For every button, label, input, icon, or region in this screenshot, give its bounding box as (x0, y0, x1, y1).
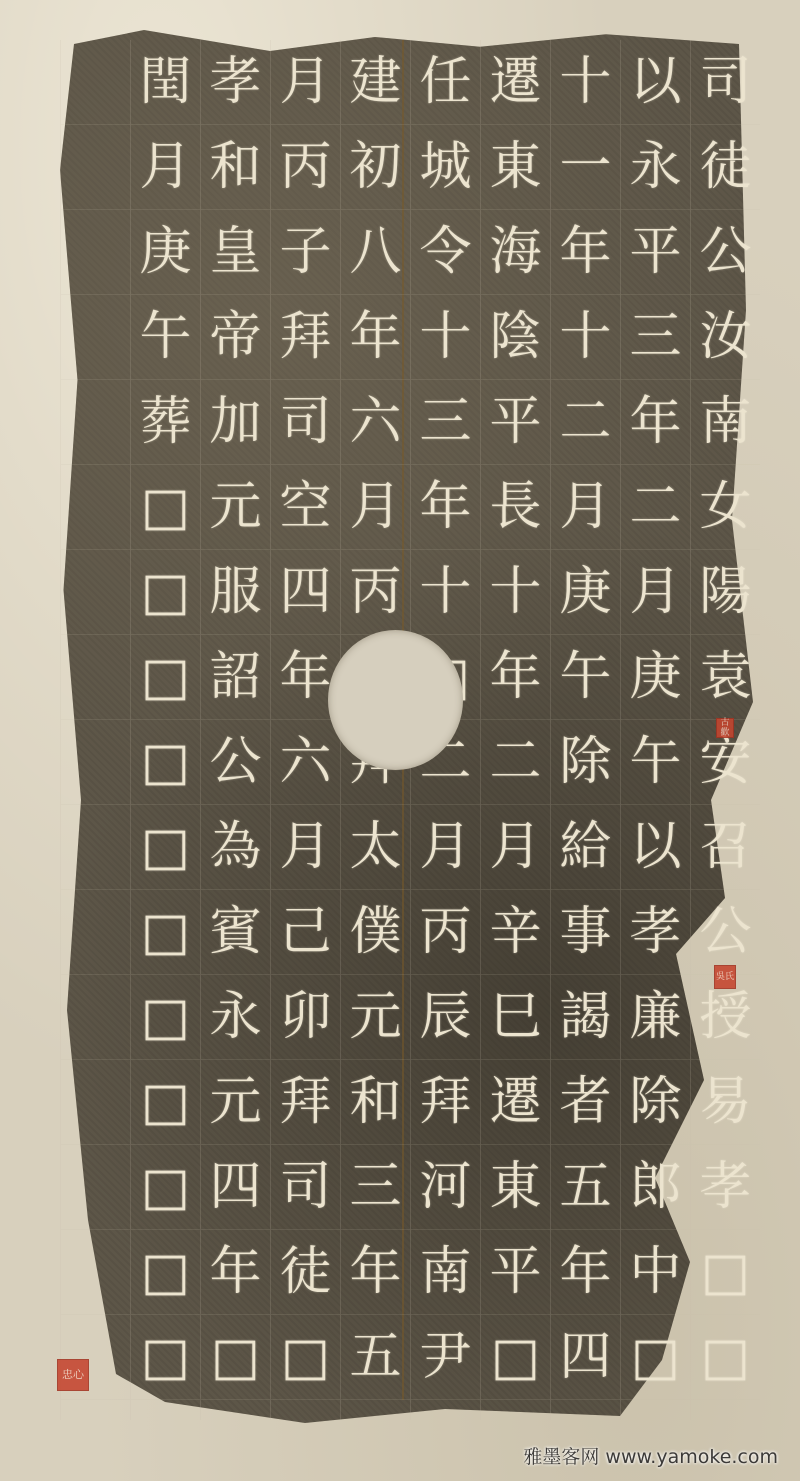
inscription-character: 公 (691, 210, 760, 295)
inscription-character (61, 550, 130, 635)
inscription-character: 任 (411, 40, 480, 125)
inscription-character: 賓 (201, 890, 270, 975)
inscription-character: 午 (621, 720, 690, 805)
inscription-character: 年 (411, 465, 480, 550)
inscription-character: 二 (551, 380, 620, 465)
inscription-character: 庚 (621, 635, 690, 720)
inscription-character (61, 975, 130, 1060)
paper-hole (328, 630, 463, 770)
inscription-character: 袁 (691, 635, 760, 720)
inscription-character: 者 (551, 1060, 620, 1145)
inscription-character: 年 (341, 295, 410, 380)
inscription-character: 東 (481, 125, 550, 210)
inscription-column: 遷東海陰平長十年二月辛巳遷東平□ (480, 40, 550, 1420)
inscription-character: 皇 (201, 210, 270, 295)
inscription-character: 十 (411, 295, 480, 380)
inscription-character: 辰 (411, 975, 480, 1060)
inscription-character: 司 (271, 1145, 340, 1230)
inscription-character: 女 (691, 465, 760, 550)
inscription-character (61, 1230, 130, 1315)
inscription-character: 拜 (271, 1060, 340, 1145)
inscription-column: 以永平三年二月庚午以孝廉除郎中□ (620, 40, 690, 1420)
inscription-character: 月 (481, 805, 550, 890)
inscription-character: □ (131, 975, 200, 1060)
inscription-character: 和 (201, 125, 270, 210)
inscription-character: 平 (481, 1230, 550, 1315)
inscription-character: 太 (341, 805, 410, 890)
inscription-character: 丙 (341, 550, 410, 635)
inscription-character: 月 (131, 125, 200, 210)
inscription-character: 司 (271, 380, 340, 465)
inscription-character: 陰 (481, 295, 550, 380)
inscription-character: 卯 (271, 975, 340, 1060)
inscription-character: 丙 (271, 125, 340, 210)
inscription-character (61, 635, 130, 720)
inscription-character: 徒 (271, 1230, 340, 1315)
inscription-character: 司 (691, 40, 760, 125)
inscription-character: □ (271, 1315, 340, 1400)
inscription-character: 元 (201, 465, 270, 550)
site-watermark: 雅墨客网 www.yamoke.com (523, 1442, 778, 1469)
inscription-character: 年 (481, 635, 550, 720)
inscription-character: 除 (621, 1060, 690, 1145)
inscription-character: 葬 (131, 380, 200, 465)
seal-stamp-right-upper: 古歡 (716, 718, 734, 738)
inscription-character: 六 (271, 720, 340, 805)
inscription-character: 永 (201, 975, 270, 1060)
inscription-character: 六 (341, 380, 410, 465)
inscription-character: 午 (131, 295, 200, 380)
inscription-character: 事 (551, 890, 620, 975)
inscription-character: 月 (411, 805, 480, 890)
inscription-character: 拜 (271, 295, 340, 380)
inscription-character: 廉 (621, 975, 690, 1060)
inscription-character: □ (201, 1315, 270, 1400)
inscription-character: □ (691, 1315, 760, 1400)
inscription-character: 南 (411, 1230, 480, 1315)
inscription-character: 中 (621, 1230, 690, 1315)
inscription-column: 十一年十二月庚午除給事謁者五年四 (550, 40, 620, 1420)
inscription-character: 年 (201, 1230, 270, 1315)
inscription-character: 三 (621, 295, 690, 380)
inscription-character: 郎 (621, 1145, 690, 1230)
inscription-character: 己 (271, 890, 340, 975)
inscription-character: 河 (411, 1145, 480, 1230)
inscription-character: 徒 (691, 125, 760, 210)
inscription-character: 年 (621, 380, 690, 465)
inscription-character (61, 380, 130, 465)
inscription-character: □ (131, 1060, 200, 1145)
inscription-character: 城 (411, 125, 480, 210)
inscription-character: 召 (691, 805, 760, 890)
inscription-character: 和 (341, 1060, 410, 1145)
inscription-character: □ (691, 1230, 760, 1315)
inscription-character: 服 (201, 550, 270, 635)
inscription-character: 遷 (481, 40, 550, 125)
inscription-character: 午 (551, 635, 620, 720)
inscription-character: 巳 (481, 975, 550, 1060)
inscription-character: 永 (621, 125, 690, 210)
inscription-character: 東 (481, 1145, 550, 1230)
inscription-character: 閏 (131, 40, 200, 125)
seal-stamp-right-lower: 吳氏 (714, 965, 736, 989)
inscription-character: 子 (271, 210, 340, 295)
inscription-character: 十 (411, 550, 480, 635)
inscription-character: □ (131, 890, 200, 975)
inscription-character (61, 295, 130, 380)
inscription-character (61, 210, 130, 295)
inscription-character: 帝 (201, 295, 270, 380)
inscription-character: 以 (621, 40, 690, 125)
inscription-character: 尹 (411, 1315, 480, 1400)
inscription-character: 十 (551, 295, 620, 380)
inscription-character: 孝 (201, 40, 270, 125)
inscription-character: 月 (551, 465, 620, 550)
inscription-character: 南 (691, 380, 760, 465)
inscription-character (61, 1060, 130, 1145)
inscription-character: 孝 (621, 890, 690, 975)
inscription-character: 拜 (411, 1060, 480, 1145)
seal-stamp-bottom-left: 忠心 (57, 1359, 89, 1391)
inscription-character: □ (131, 550, 200, 635)
inscription-character (61, 40, 130, 125)
inscription-character: 四 (201, 1145, 270, 1230)
inscription-character: 汝 (691, 295, 760, 380)
inscription-character: 為 (201, 805, 270, 890)
inscription-character: 年 (551, 210, 620, 295)
inscription-character: 十 (481, 550, 550, 635)
inscription-character: 元 (201, 1060, 270, 1145)
inscription-character: 平 (621, 210, 690, 295)
inscription-character: 二 (481, 720, 550, 805)
inscription-character: 遷 (481, 1060, 550, 1145)
inscription-character: 謁 (551, 975, 620, 1060)
inscription-character: 公 (691, 890, 760, 975)
inscription-character: 月 (621, 550, 690, 635)
inscription-column: 閏月庚午葬□□□□□□□□□□□ (130, 40, 200, 1420)
inscription-character: 月 (271, 805, 340, 890)
inscription-character: □ (131, 805, 200, 890)
inscription-character: □ (131, 635, 200, 720)
inscription-character: 長 (481, 465, 550, 550)
inscription-character: 以 (621, 805, 690, 890)
inscription-column (60, 40, 130, 1420)
inscription-character: 年 (551, 1230, 620, 1315)
inscription-character: 空 (271, 465, 340, 550)
inscription-character: 庚 (551, 550, 620, 635)
inscription-character: 易 (691, 1060, 760, 1145)
inscription-character: 僕 (341, 890, 410, 975)
inscription-character: □ (131, 1230, 200, 1315)
inscription-character: □ (131, 1145, 200, 1230)
inscription-character: 三 (341, 1145, 410, 1230)
inscription-character: 五 (341, 1315, 410, 1400)
inscription-character: 陽 (691, 550, 760, 635)
inscription-character: 月 (341, 465, 410, 550)
inscription-character: 令 (411, 210, 480, 295)
inscription-character: 丙 (411, 890, 480, 975)
inscription-character: 二 (621, 465, 690, 550)
inscription-character: 八 (341, 210, 410, 295)
inscription-character: 十 (551, 40, 620, 125)
inscription-character: □ (481, 1315, 550, 1400)
inscription-character: 除 (551, 720, 620, 805)
inscription-column: 孝和皇帝加元服詔公為賓永元四年□ (200, 40, 270, 1420)
inscription-character: 公 (201, 720, 270, 805)
inscription-column: 月丙子拜司空四年六月己卯拜司徒□ (270, 40, 340, 1420)
inscription-character: 一 (551, 125, 620, 210)
inscription-character: 孝 (691, 1145, 760, 1230)
inscription-character: 庚 (131, 210, 200, 295)
inscription-character: 三 (411, 380, 480, 465)
inscription-character (61, 720, 130, 805)
inscription-character: □ (131, 720, 200, 805)
inscription-character: □ (621, 1315, 690, 1400)
inscription-character: 元 (341, 975, 410, 1060)
inscription-character: 年 (341, 1230, 410, 1315)
inscription-character (61, 1145, 130, 1230)
inscription-character: 四 (271, 550, 340, 635)
inscription-character: 四 (551, 1315, 620, 1400)
inscription-character: 辛 (481, 890, 550, 975)
inscription-character: 平 (481, 380, 550, 465)
inscription-character (61, 465, 130, 550)
inscription-character: 建 (341, 40, 410, 125)
inscription-character: 海 (481, 210, 550, 295)
inscription-character (61, 890, 130, 975)
inscription-character: 加 (201, 380, 270, 465)
inscription-character: 五 (551, 1145, 620, 1230)
inscription-character: □ (131, 465, 200, 550)
inscription-character (61, 805, 130, 890)
inscription-character (61, 125, 130, 210)
inscription-character: □ (131, 1315, 200, 1400)
inscription-character: 給 (551, 805, 620, 890)
inscription-character: 初 (341, 125, 410, 210)
inscription-character: 詔 (201, 635, 270, 720)
inscription-character: 月 (271, 40, 340, 125)
